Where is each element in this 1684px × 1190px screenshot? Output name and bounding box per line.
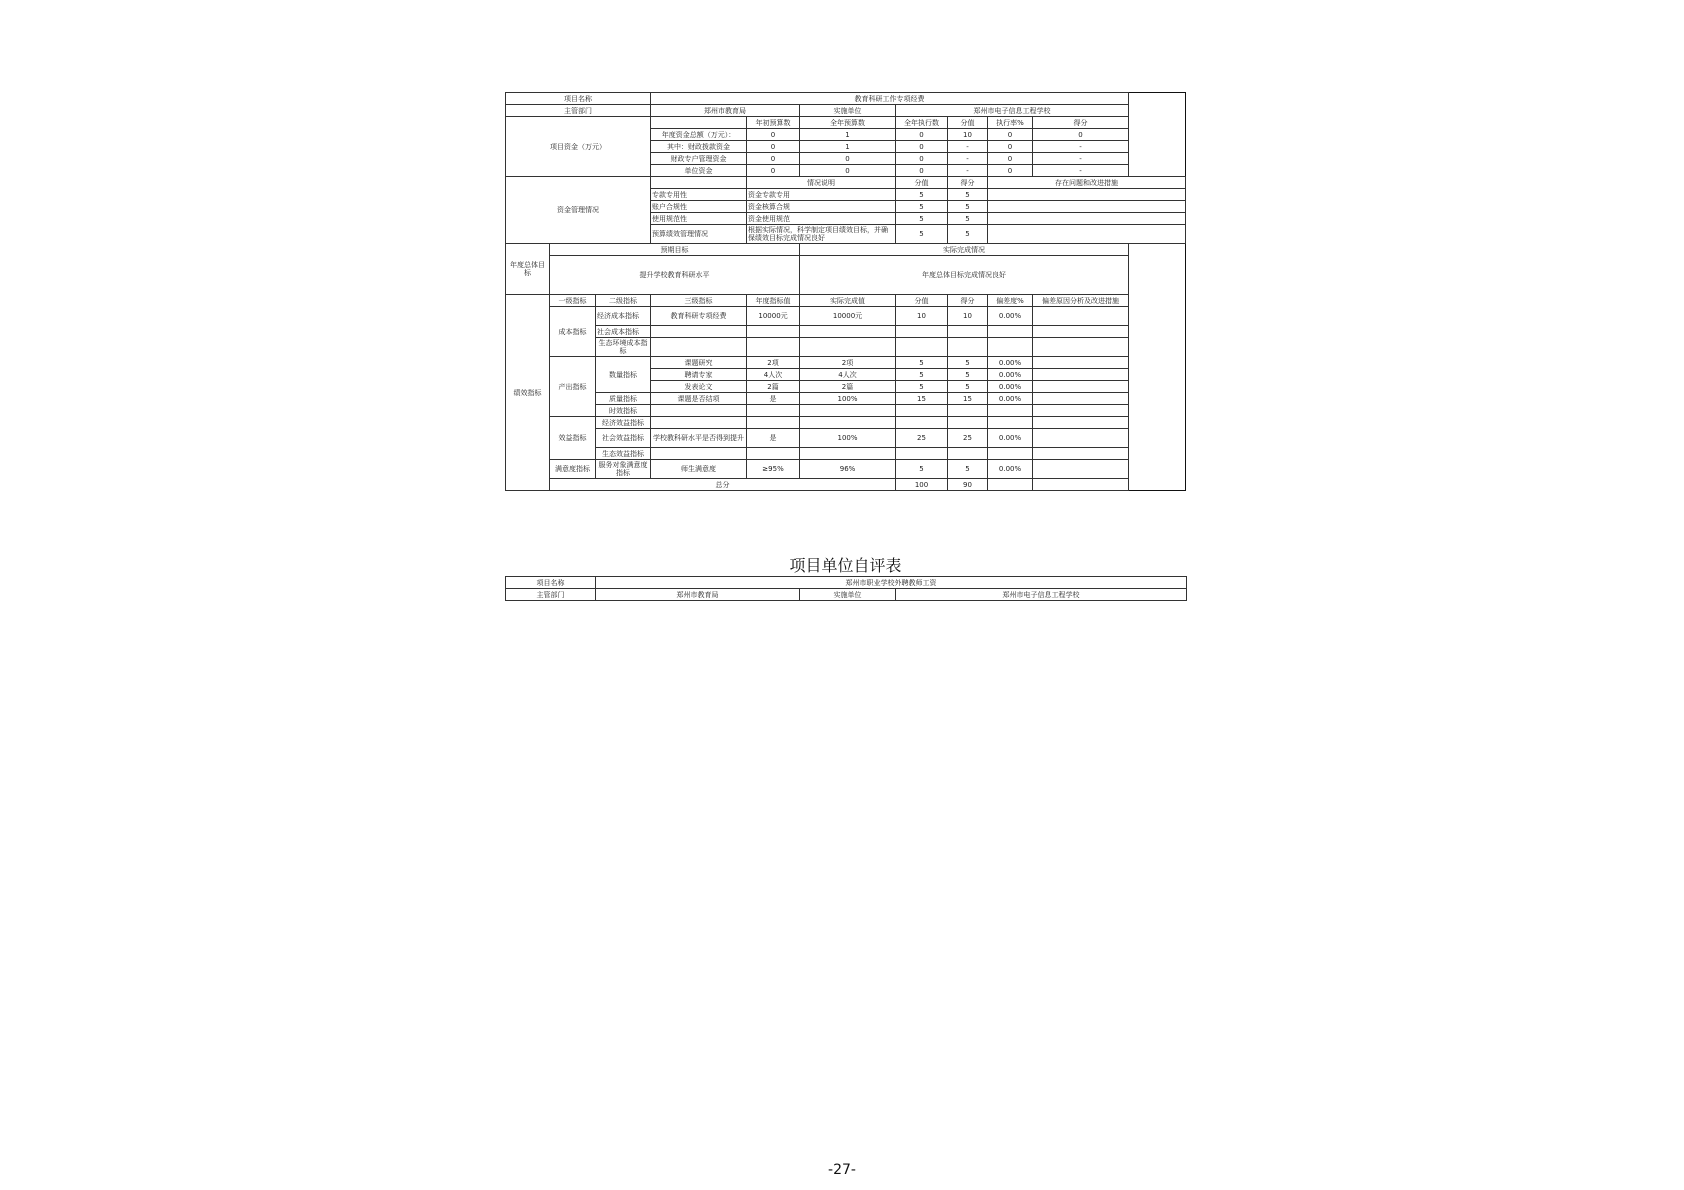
perf-cell: 5 <box>896 357 948 369</box>
funds-cell: - <box>948 153 988 165</box>
perf-cell <box>651 326 747 338</box>
dept-label: 主管部门 <box>506 589 596 601</box>
mgmt-cell: 5 <box>948 189 988 201</box>
funds-header: 得分 <box>1033 117 1129 129</box>
funds-cell: 0 <box>896 153 948 165</box>
perf-cell <box>1033 357 1129 369</box>
funds-header: 全年预算数 <box>800 117 896 129</box>
funds-cell: - <box>1033 141 1129 153</box>
perf-cell: 0.00% <box>988 307 1033 326</box>
perf-cell <box>1033 448 1129 460</box>
perf-cell <box>948 338 988 357</box>
project-name-label: 项目名称 <box>506 577 596 589</box>
perf-row: 效益指标 经济效益指标 <box>506 417 1186 429</box>
expected-goal: 提升学校教育科研水平 <box>550 256 800 295</box>
perf-cell: 0.00% <box>988 393 1033 405</box>
perf-cell <box>1033 369 1129 381</box>
perf-cell: 时效指标 <box>596 405 651 417</box>
actual-header: 实际完成情况 <box>800 244 1129 256</box>
perf-cell: 10000元 <box>747 307 800 326</box>
funds-cell: 单位资金 <box>651 165 747 177</box>
mgmt-cell: 根据实际情况，科学制定项目绩效目标，并确保绩效目标完成情况良好 <box>747 225 896 244</box>
perf-cell <box>747 417 800 429</box>
perf-row: 时效指标 <box>506 405 1186 417</box>
perf-cell: 师生满意度 <box>651 460 747 479</box>
perf-cell: 0.00% <box>988 369 1033 381</box>
perf-row: 产出指标 数量指标 课题研究 2项 2项 5 5 0.00% <box>506 357 1186 369</box>
section-title: 项目单位自评表 <box>505 553 1186 576</box>
perf-cell <box>948 417 988 429</box>
perf-cell: 5 <box>896 381 948 393</box>
perf-cell: 25 <box>948 429 988 448</box>
perf-cell <box>948 405 988 417</box>
perf-cell: 是 <box>747 393 800 405</box>
perf-cell <box>1033 417 1129 429</box>
funds-cell: 0 <box>747 153 800 165</box>
self-evaluation-table-2: 项目名称 郑州市职业学校外聘教师工资 主管部门 郑州市教育局 实施单位 郑州市电… <box>505 576 1187 601</box>
perf-cell <box>1033 307 1129 326</box>
perf-cell <box>948 326 988 338</box>
perf-cell: 15 <box>948 393 988 405</box>
perf-cell <box>988 326 1033 338</box>
perf-cell: 10000元 <box>800 307 896 326</box>
funds-cell: 0 <box>747 129 800 141</box>
mgmt-cell <box>988 225 1186 244</box>
perf-cell <box>747 338 800 357</box>
perf-cell: 5 <box>948 460 988 479</box>
perf-cell: 100% <box>800 393 896 405</box>
self-evaluation-table-1: 项目名称 教育科研工作专项经费 主管部门 郑州市教育局 实施单位 郑州市电子信息… <box>505 92 1186 491</box>
perf-cell: 生态效益指标 <box>596 448 651 460</box>
mgmt-cell: 资金专款专用 <box>747 189 896 201</box>
mgmt-cell <box>988 201 1186 213</box>
mgmt-cell: 5 <box>896 225 948 244</box>
perf-cell: 质量指标 <box>596 393 651 405</box>
perf-cell: 生态环境成本指标 <box>596 338 651 357</box>
mgmt-cell <box>988 189 1186 201</box>
perf-cell: 10 <box>896 307 948 326</box>
funds-cell: - <box>948 165 988 177</box>
perf-header: 年度指标值 <box>747 295 800 307</box>
perf-row: 成本指标 经济成本指标 教育科研专项经费 10000元 10000元 10 10… <box>506 307 1186 326</box>
perf-cell: 聘请专家 <box>651 369 747 381</box>
perf-cell: 社会成本指标 <box>596 326 651 338</box>
mgmt-header-blank <box>651 177 747 189</box>
perf-cell: 4人次 <box>800 369 896 381</box>
perf-cell: 96% <box>800 460 896 479</box>
perf-cell <box>1033 393 1129 405</box>
total-score: 90 <box>948 479 988 491</box>
perf-cell: 数量指标 <box>596 357 651 393</box>
perf-cell <box>896 405 948 417</box>
perf-l1-output: 产出指标 <box>550 357 596 417</box>
mgmt-cell <box>988 213 1186 225</box>
perf-cell <box>988 417 1033 429</box>
perf-cell <box>800 417 896 429</box>
perf-row: 质量指标 课题是否结项 是 100% 15 15 0.00% <box>506 393 1186 405</box>
funds-cell: 1 <box>800 129 896 141</box>
total-blank <box>1033 479 1129 491</box>
perf-cell <box>1033 326 1129 338</box>
total-row: 总分 100 90 <box>506 479 1186 491</box>
impl-unit: 郑州市电子信息工程学校 <box>896 589 1187 601</box>
funds-header-blank <box>651 117 747 129</box>
funds-cell: 0 <box>896 129 948 141</box>
funds-header: 分值 <box>948 117 988 129</box>
perf-cell: 2项 <box>747 357 800 369</box>
total-weight: 100 <box>896 479 948 491</box>
mgmt-cell: 5 <box>948 201 988 213</box>
dept: 郑州市教育局 <box>651 105 800 117</box>
perf-cell <box>800 448 896 460</box>
funds-cell: 1 <box>800 141 896 153</box>
perf-cell: 0.00% <box>988 460 1033 479</box>
funds-cell: 年度资金总额（万元）： <box>651 129 747 141</box>
funds-cell: 0 <box>1033 129 1129 141</box>
perf-cell: 2篇 <box>800 381 896 393</box>
perf-label: 绩效指标 <box>506 295 550 491</box>
total-label: 总分 <box>550 479 896 491</box>
perf-header: 分值 <box>896 295 948 307</box>
annual-goal-label: 年度总体目标 <box>506 244 550 295</box>
funds-cell: 0 <box>988 165 1033 177</box>
mgmt-cell: 专款专用性 <box>651 189 747 201</box>
mgmt-header: 得分 <box>948 177 988 189</box>
perf-cell: 服务对象满意度指标 <box>596 460 651 479</box>
funds-header: 年初预算数 <box>747 117 800 129</box>
perf-cell <box>988 405 1033 417</box>
perf-header: 一级指标 <box>550 295 596 307</box>
perf-cell <box>1033 460 1129 479</box>
project-name-label: 项目名称 <box>506 93 651 105</box>
perf-header: 得分 <box>948 295 988 307</box>
perf-cell <box>896 417 948 429</box>
perf-cell <box>896 338 948 357</box>
perf-cell: 5 <box>948 381 988 393</box>
perf-cell: 5 <box>948 357 988 369</box>
perf-cell: 经济成本指标 <box>596 307 651 326</box>
mgmt-cell: 5 <box>896 201 948 213</box>
perf-header: 二级指标 <box>596 295 651 307</box>
perf-cell: 学校教科研水平是否得到提升 <box>651 429 747 448</box>
funds-cell: 0 <box>988 129 1033 141</box>
perf-cell <box>747 448 800 460</box>
perf-cell: 2项 <box>800 357 896 369</box>
perf-row: 社会成本指标 <box>506 326 1186 338</box>
mgmt-cell: 资金核算合规 <box>747 201 896 213</box>
mgmt-header: 情况说明 <box>747 177 896 189</box>
funds-cell: 0 <box>747 141 800 153</box>
funds-cell: 0 <box>800 153 896 165</box>
mgmt-cell: 账户合规性 <box>651 201 747 213</box>
impl-unit: 郑州市电子信息工程学校 <box>896 105 1129 117</box>
perf-cell: 0.00% <box>988 429 1033 448</box>
perf-row: 生态环境成本指标 <box>506 338 1186 357</box>
perf-cell <box>651 338 747 357</box>
mgmt-cell: 5 <box>948 213 988 225</box>
funds-cell: 其中：财政拨款资金 <box>651 141 747 153</box>
funds-cell: - <box>1033 153 1129 165</box>
perf-row: 社会效益指标 学校教科研水平是否得到提升 是 100% 25 25 0.00% <box>506 429 1186 448</box>
perf-cell <box>1033 429 1129 448</box>
funds-cell: 0 <box>896 165 948 177</box>
mgmt-cell: 5 <box>948 225 988 244</box>
perf-cell <box>1033 338 1129 357</box>
perf-cell: 0.00% <box>988 357 1033 369</box>
perf-cell: 25 <box>896 429 948 448</box>
funds-header: 全年执行数 <box>896 117 948 129</box>
perf-cell: 2篇 <box>747 381 800 393</box>
perf-cell: 是 <box>747 429 800 448</box>
perf-cell <box>747 405 800 417</box>
perf-header: 偏差度% <box>988 295 1033 307</box>
funds-header: 执行率% <box>988 117 1033 129</box>
mgmt-cell: 使用规范性 <box>651 213 747 225</box>
perf-cell <box>1033 405 1129 417</box>
funds-cell: 0 <box>747 165 800 177</box>
perf-cell <box>651 448 747 460</box>
perf-cell: 5 <box>896 460 948 479</box>
perf-cell: 教育科研专项经费 <box>651 307 747 326</box>
perf-cell <box>896 448 948 460</box>
perf-cell: 0.00% <box>988 381 1033 393</box>
perf-header: 实际完成值 <box>800 295 896 307</box>
dept: 郑州市教育局 <box>596 589 800 601</box>
perf-cell <box>988 338 1033 357</box>
perf-cell: 4人次 <box>747 369 800 381</box>
perf-cell: 课题是否结项 <box>651 393 747 405</box>
perf-cell <box>988 448 1033 460</box>
perf-cell: 15 <box>896 393 948 405</box>
funds-cell: - <box>1033 165 1129 177</box>
perf-cell <box>651 417 747 429</box>
mgmt-cell: 5 <box>896 213 948 225</box>
perf-cell <box>1033 381 1129 393</box>
mgmt-cell: 5 <box>896 189 948 201</box>
dept-label: 主管部门 <box>506 105 651 117</box>
perf-cell <box>800 405 896 417</box>
funds-cell: 0 <box>896 141 948 153</box>
perf-l1-cost: 成本指标 <box>550 307 596 357</box>
mgmt-header: 存在问题和改进措施 <box>988 177 1186 189</box>
perf-cell: 社会效益指标 <box>596 429 651 448</box>
funds-cell: 0 <box>988 153 1033 165</box>
perf-cell <box>948 448 988 460</box>
perf-cell: 经济效益指标 <box>596 417 651 429</box>
funds-cell: - <box>948 141 988 153</box>
funds-cell: 财政专户管理资金 <box>651 153 747 165</box>
perf-cell <box>800 326 896 338</box>
impl-unit-label: 实施单位 <box>800 589 896 601</box>
mgmt-label: 资金管理情况 <box>506 177 651 244</box>
expected-header: 预期目标 <box>550 244 800 256</box>
project-name: 教育科研工作专项经费 <box>651 93 1129 105</box>
actual-goal: 年度总体目标完成情况良好 <box>800 256 1129 295</box>
project-name: 郑州市职业学校外聘教师工资 <box>596 577 1187 589</box>
perf-header: 偏差原因分析及改进措施 <box>1033 295 1129 307</box>
mgmt-cell: 资金使用规范 <box>747 213 896 225</box>
perf-cell: ≥95% <box>747 460 800 479</box>
funds-cell: 0 <box>988 141 1033 153</box>
mgmt-cell: 预算绩效管理情况 <box>651 225 747 244</box>
perf-cell: 5 <box>948 369 988 381</box>
total-blank <box>988 479 1033 491</box>
perf-l1-satisfaction: 满意度指标 <box>550 460 596 479</box>
perf-cell: 课题研究 <box>651 357 747 369</box>
perf-cell: 5 <box>896 369 948 381</box>
impl-unit-label: 实施单位 <box>800 105 896 117</box>
perf-row: 满意度指标 服务对象满意度指标 师生满意度 ≥95% 96% 5 5 0.00% <box>506 460 1186 479</box>
perf-cell <box>800 338 896 357</box>
mgmt-header: 分值 <box>896 177 948 189</box>
perf-cell: 100% <box>800 429 896 448</box>
funds-label: 项目资金（万元） <box>506 117 651 177</box>
perf-cell <box>896 326 948 338</box>
perf-cell <box>747 326 800 338</box>
perf-header: 三级指标 <box>651 295 747 307</box>
perf-l1-benefit: 效益指标 <box>550 417 596 460</box>
funds-cell: 0 <box>800 165 896 177</box>
perf-cell: 发表论文 <box>651 381 747 393</box>
page-number: -27- <box>0 1162 1684 1178</box>
perf-cell <box>651 405 747 417</box>
perf-row: 生态效益指标 <box>506 448 1186 460</box>
funds-cell: 10 <box>948 129 988 141</box>
perf-cell: 10 <box>948 307 988 326</box>
